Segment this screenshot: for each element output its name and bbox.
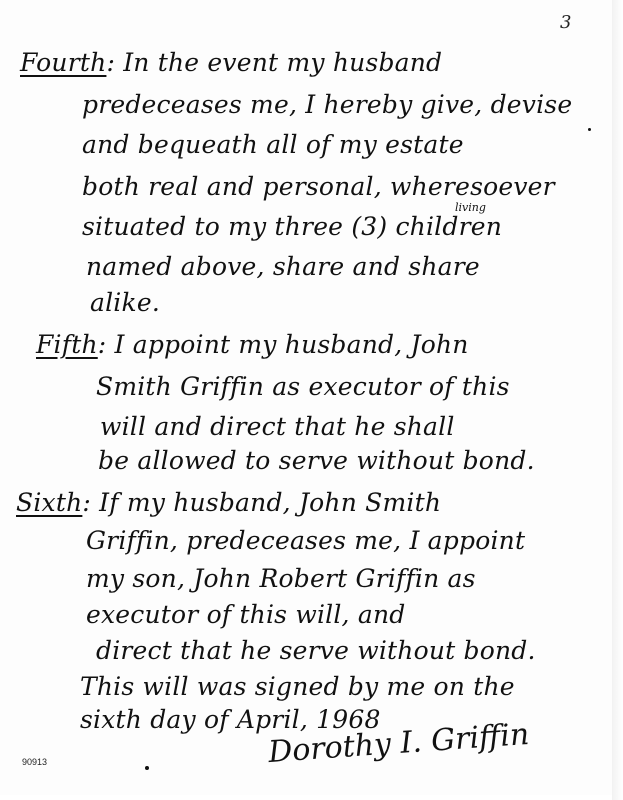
clause-heading-fifth: Fifth — [36, 330, 98, 359]
clause-line: executor of this will, and — [86, 600, 405, 629]
clause-line: both real and personal, wheresoever — [82, 172, 555, 201]
document-id: 90913 — [22, 757, 47, 767]
clause-line: be allowed to serve without bond. — [98, 446, 535, 475]
clause-line: direct that he serve without bond. — [96, 636, 536, 665]
clause-line: predeceases me, I hereby give, devise — [82, 90, 572, 119]
page-number: 3 — [560, 12, 571, 33]
clause-line: will and direct that he shall — [100, 412, 455, 441]
clause-line: and bequeath all of my estate — [82, 130, 464, 159]
clause-line: alike. — [90, 288, 160, 317]
closing-line: This will was signed by me on the — [80, 672, 515, 701]
clause-line: Fifth: I appoint my husband, John — [36, 330, 469, 359]
clause-line: Sixth: If my husband, John Smith — [16, 488, 441, 517]
scan-speck — [145, 766, 149, 770]
clause-line: my son, John Robert Griffin as — [86, 564, 476, 593]
clause-line: Griffin, predeceases me, I appoint — [86, 526, 525, 555]
clause-line: Fourth: In the event my husband — [20, 48, 442, 77]
scan-edge — [612, 0, 623, 800]
scan-speck — [588, 128, 591, 131]
clause-line: Smith Griffin as executor of this — [96, 372, 510, 401]
clause-heading-sixth: Sixth — [16, 488, 82, 517]
clause-line: named above, share and share — [86, 252, 480, 281]
clause-line: situated to my three (3) children — [82, 212, 502, 241]
clause-heading-fourth: Fourth — [20, 48, 106, 77]
